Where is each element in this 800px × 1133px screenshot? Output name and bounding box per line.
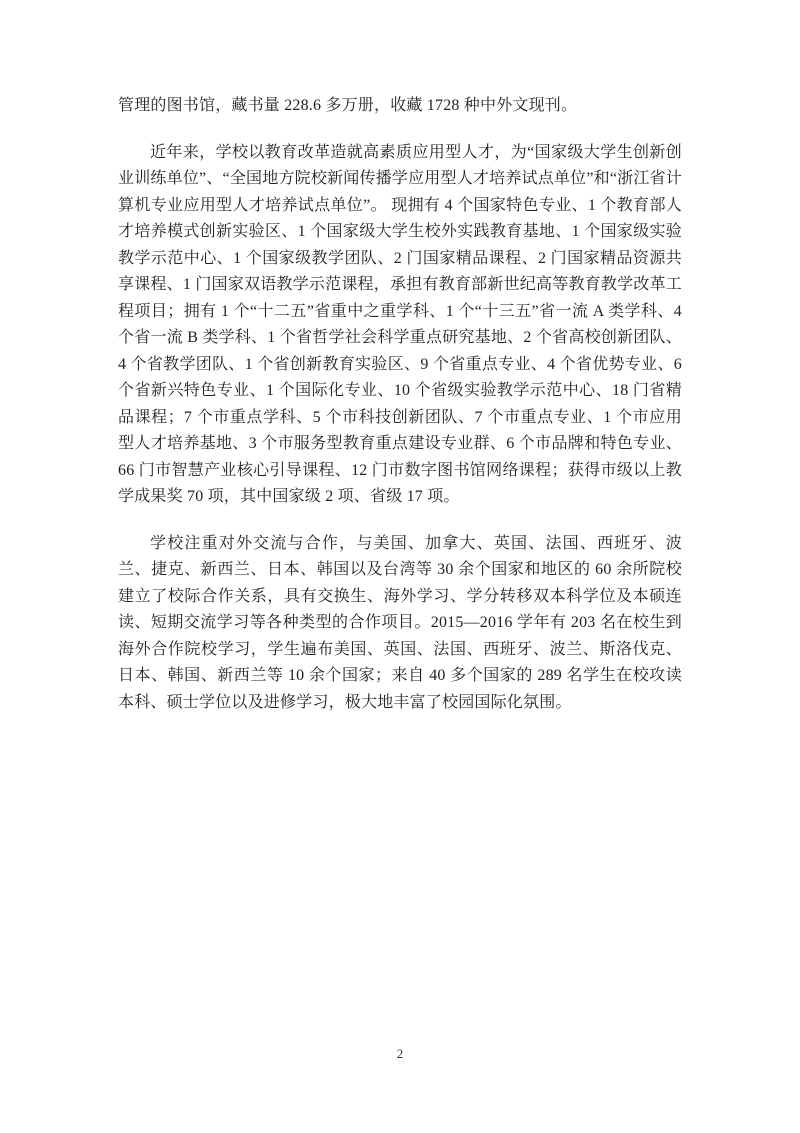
document-page: 管理的图书馆，藏书量 228.6 多万册，收藏 1728 种中外文现刊。 近年来…: [0, 0, 800, 1133]
page-number: 2: [0, 1046, 800, 1062]
paragraph-achievements: 近年来，学校以教育改革造就高素质应用型人才，为“国家级大学生创新创业训练单位”、…: [118, 140, 682, 511]
paragraph-international-exchange: 学校注重对外交流与合作，与美国、加拿大、英国、法国、西班牙、波兰、捷克、新西兰、…: [118, 531, 682, 717]
page-body-text: 管理的图书馆，藏书量 228.6 多万册，收藏 1728 种中外文现刊。 近年来…: [118, 93, 682, 736]
paragraph-continuation: 管理的图书馆，藏书量 228.6 多万册，收藏 1728 种中外文现刊。: [118, 93, 682, 120]
